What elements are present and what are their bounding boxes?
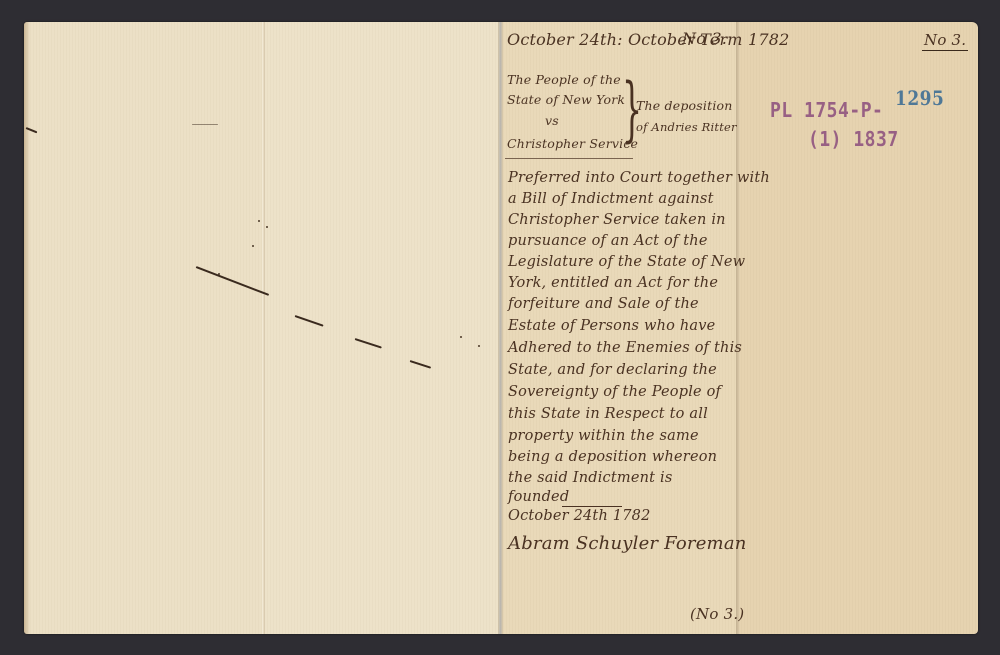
description-line-1: The deposition — [636, 98, 733, 113]
defendant: Christopher Service — [507, 136, 638, 151]
ink-stain — [192, 124, 218, 125]
body-line: Preferred into Court together with — [508, 170, 770, 186]
fold-line — [498, 22, 503, 634]
flourish-line — [562, 506, 622, 507]
body-line: forfeiture and Sale of the — [508, 296, 699, 312]
plaintiff-line-2: State of New York — [507, 92, 625, 107]
versus: vs — [545, 113, 559, 128]
deposition-date: October 24th 1782 — [508, 508, 651, 524]
blank-panel-left — [24, 22, 264, 634]
plaintiff-line-1: The People of the — [507, 72, 621, 87]
catalog-number-stamp: 1295 — [895, 88, 944, 111]
body-line: pursuance of an Act of the — [508, 233, 708, 249]
fold-line — [262, 22, 265, 634]
body-line: Legislature of the State of New — [508, 254, 745, 270]
body-line: Sovereignty of the People of — [508, 384, 721, 400]
ink-dot — [252, 245, 254, 247]
paper-edge — [24, 22, 30, 634]
blank-panel-middle — [264, 22, 500, 634]
body-line: Estate of Persons who have — [508, 318, 715, 334]
body-line: Adhered to the Enemies of this — [508, 340, 742, 356]
archive-stamp-line-2: (1) 1837 — [808, 127, 899, 151]
body-line: State, and for declaring the — [508, 362, 717, 378]
cover-number: No 3. — [922, 31, 968, 51]
ink-dot — [460, 336, 462, 338]
archive-stamp-line-1: PL 1754-P- — [770, 98, 883, 122]
ink-dot — [478, 345, 480, 347]
body-line: the said Indictment is — [508, 470, 673, 486]
divider-rule — [505, 158, 633, 159]
docket-number: No 3. — [682, 29, 727, 48]
bottom-number: (No 3.) — [690, 605, 744, 623]
body-line: a Bill of Indictment against — [508, 191, 714, 207]
docket-header: October 24th: October Term 1782 — [507, 30, 789, 49]
body-line: this State in Respect to all — [508, 406, 708, 422]
body-line: property within the same — [508, 428, 699, 444]
signature: Abram Schuyler Foreman — [508, 533, 747, 554]
description-line-2: of Andries Ritter — [636, 120, 737, 134]
body-line: York, entitled an Act for the — [508, 275, 718, 291]
body-line: being a deposition whereon — [508, 449, 717, 465]
body-line: founded — [508, 489, 569, 505]
ink-dot — [258, 220, 260, 222]
ink-dot — [218, 273, 220, 275]
body-line: Christopher Service taken in — [508, 212, 726, 228]
ink-dot — [266, 226, 268, 228]
